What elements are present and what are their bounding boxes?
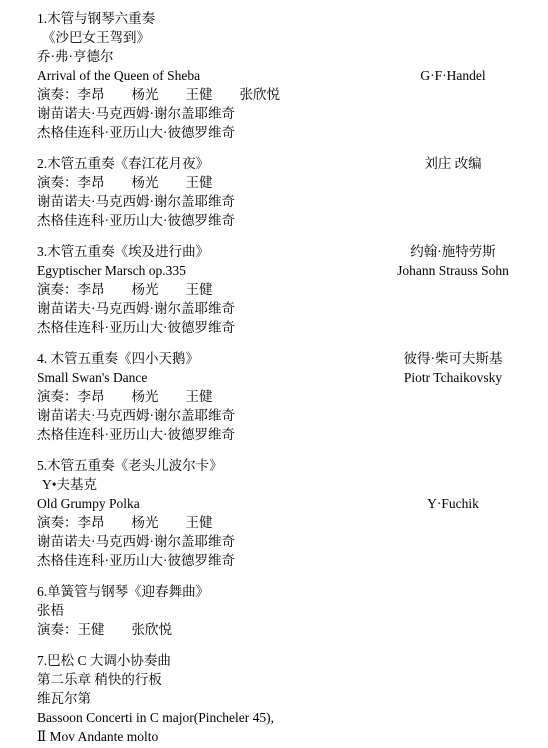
program-section: 4. 木管五重奏《四小天鹅》彼得·柴可夫斯基Small Swan's Dance… <box>37 349 528 444</box>
line-text: 1.木管与钢琴六重奏 <box>37 9 528 28</box>
program-line: Egyptischer Marsch op.335Johann Strauss … <box>37 261 528 280</box>
program-line: 谢苗诺夫·马克西姆·谢尔盖耶维奇 <box>37 299 528 318</box>
line-text: 张梧 <box>37 601 528 620</box>
line-text: Old Grumpy Polka <box>37 494 378 513</box>
line-text: 7.巴松 C 大调小协奏曲 <box>37 651 528 670</box>
program-line: Bassoon Concerti in C major(Pincheler 45… <box>37 708 528 727</box>
program-line: 张梧 <box>37 601 528 620</box>
program-line: 谢苗诺夫·马克西姆·谢尔盖耶维奇 <box>37 104 528 123</box>
line-text: 杰格佳连科·亚历山大·彼德罗维奇 <box>37 551 528 570</box>
line-text: 乔·弗·亨德尔 <box>37 47 528 66</box>
program-line: Old Grumpy PolkaY·Fuchik <box>37 494 528 513</box>
line-text: 5.木管五重奏《老头儿波尔卡》 <box>37 456 528 475</box>
line-text: 杰格佳连科·亚历山大·彼德罗维奇 <box>37 318 528 337</box>
line-text: Y•夫基克 <box>37 475 528 494</box>
program-section: 3.木管五重奏《埃及进行曲》约翰·施特劳斯Egyptischer Marsch … <box>37 242 528 337</box>
program-section: 7.巴松 C 大调小协奏曲第二乐章 稍快的行板维瓦尔第Bassoon Conce… <box>37 651 528 746</box>
composer-credit-text: G·F·Handel <box>378 66 528 85</box>
program-line: 乔·弗·亨德尔 <box>37 47 528 66</box>
program-line: 演奏：李昂 杨光 王健 <box>37 513 528 532</box>
program-line: 1.木管与钢琴六重奏 <box>37 9 528 28</box>
line-text: 杰格佳连科·亚历山大·彼德罗维奇 <box>37 425 528 444</box>
program-line: 2.木管五重奏《春江花月夜》刘庄 改编 <box>37 154 528 173</box>
program-section: 6.单簧管与钢琴《迎春舞曲》张梧演奏：王健 张欣悦 <box>37 582 528 639</box>
line-text: 4. 木管五重奏《四小天鹅》 <box>37 349 378 368</box>
program-line: 演奏：李昂 杨光 王健 <box>37 280 528 299</box>
program-line: 演奏：王健 张欣悦 <box>37 620 528 639</box>
line-text: 2.木管五重奏《春江花月夜》 <box>37 154 378 173</box>
line-text: 3.木管五重奏《埃及进行曲》 <box>37 242 378 261</box>
line-text: 演奏：王健 张欣悦 <box>37 620 528 639</box>
program-section: 2.木管五重奏《春江花月夜》刘庄 改编演奏：李昂 杨光 王健谢苗诺夫·马克西姆·… <box>37 154 528 230</box>
program-line: 谢苗诺夫·马克西姆·谢尔盖耶维奇 <box>37 532 528 551</box>
program-line: 7.巴松 C 大调小协奏曲 <box>37 651 528 670</box>
composer-credit-text: 彼得·柴可夫斯基 <box>378 349 528 368</box>
line-text: Bassoon Concerti in C major(Pincheler 45… <box>37 708 528 727</box>
program-line: 谢苗诺夫·马克西姆·谢尔盖耶维奇 <box>37 406 528 425</box>
line-text: 6.单簧管与钢琴《迎春舞曲》 <box>37 582 528 601</box>
composer-credit-text: 刘庄 改编 <box>378 154 528 173</box>
program-line: Y•夫基克 <box>37 475 528 494</box>
program-line: Arrival of the Queen of ShebaG·F·Handel <box>37 66 528 85</box>
line-text: 演奏：李昂 杨光 王健 张欣悦 <box>37 85 528 104</box>
program-line: 杰格佳连科·亚历山大·彼德罗维奇 <box>37 123 528 142</box>
composer-credit-text: Y·Fuchik <box>378 494 528 513</box>
program-line: 维瓦尔第 <box>37 689 528 708</box>
program-line: 第二乐章 稍快的行板 <box>37 670 528 689</box>
program-line: Ⅱ Mov Andante molto <box>37 727 528 746</box>
program-line: 《沙巴女王驾到》 <box>37 28 528 47</box>
program-line: 5.木管五重奏《老头儿波尔卡》 <box>37 456 528 475</box>
program-section: 1.木管与钢琴六重奏《沙巴女王驾到》乔·弗·亨德尔Arrival of the … <box>37 9 528 142</box>
program-list: 1.木管与钢琴六重奏《沙巴女王驾到》乔·弗·亨德尔Arrival of the … <box>37 9 528 746</box>
program-line: 4. 木管五重奏《四小天鹅》彼得·柴可夫斯基 <box>37 349 528 368</box>
line-text: 《沙巴女王驾到》 <box>37 28 528 47</box>
line-text: 维瓦尔第 <box>37 689 528 708</box>
line-text: 杰格佳连科·亚历山大·彼德罗维奇 <box>37 211 528 230</box>
program-section: 5.木管五重奏《老头儿波尔卡》Y•夫基克Old Grumpy PolkaY·Fu… <box>37 456 528 570</box>
line-text: 第二乐章 稍快的行板 <box>37 670 528 689</box>
line-text: 演奏：李昂 杨光 王健 <box>37 513 528 532</box>
composer-credit-text: Piotr Tchaikovsky <box>378 368 528 387</box>
line-text: 杰格佳连科·亚历山大·彼德罗维奇 <box>37 123 528 142</box>
line-text: 谢苗诺夫·马克西姆·谢尔盖耶维奇 <box>37 104 528 123</box>
line-text: Egyptischer Marsch op.335 <box>37 261 378 280</box>
program-line: 3.木管五重奏《埃及进行曲》约翰·施特劳斯 <box>37 242 528 261</box>
line-text: 谢苗诺夫·马克西姆·谢尔盖耶维奇 <box>37 299 528 318</box>
line-text: 谢苗诺夫·马克西姆·谢尔盖耶维奇 <box>37 406 528 425</box>
line-text: 谢苗诺夫·马克西姆·谢尔盖耶维奇 <box>37 532 528 551</box>
concert-program-page: 1.木管与钢琴六重奏《沙巴女王驾到》乔·弗·亨德尔Arrival of the … <box>0 0 548 748</box>
line-text: 谢苗诺夫·马克西姆·谢尔盖耶维奇 <box>37 192 528 211</box>
program-line: 杰格佳连科·亚历山大·彼德罗维奇 <box>37 318 528 337</box>
program-line: 6.单簧管与钢琴《迎春舞曲》 <box>37 582 528 601</box>
line-text: 演奏：李昂 杨光 王健 <box>37 280 528 299</box>
line-text: Arrival of the Queen of Sheba <box>37 66 378 85</box>
program-line: 演奏：李昂 杨光 王健 <box>37 387 528 406</box>
line-text: Small Swan's Dance <box>37 368 378 387</box>
program-line: 杰格佳连科·亚历山大·彼德罗维奇 <box>37 551 528 570</box>
program-line: 杰格佳连科·亚历山大·彼德罗维奇 <box>37 425 528 444</box>
composer-credit-text: 约翰·施特劳斯 <box>378 242 528 261</box>
program-line: Small Swan's DancePiotr Tchaikovsky <box>37 368 528 387</box>
program-line: 演奏：李昂 杨光 王健 <box>37 173 528 192</box>
program-line: 杰格佳连科·亚历山大·彼德罗维奇 <box>37 211 528 230</box>
composer-credit-text: Johann Strauss Sohn <box>378 261 528 280</box>
line-text: 演奏：李昂 杨光 王健 <box>37 173 528 192</box>
line-text: 演奏：李昂 杨光 王健 <box>37 387 528 406</box>
program-line: 谢苗诺夫·马克西姆·谢尔盖耶维奇 <box>37 192 528 211</box>
line-text: Ⅱ Mov Andante molto <box>37 727 528 746</box>
program-line: 演奏：李昂 杨光 王健 张欣悦 <box>37 85 528 104</box>
